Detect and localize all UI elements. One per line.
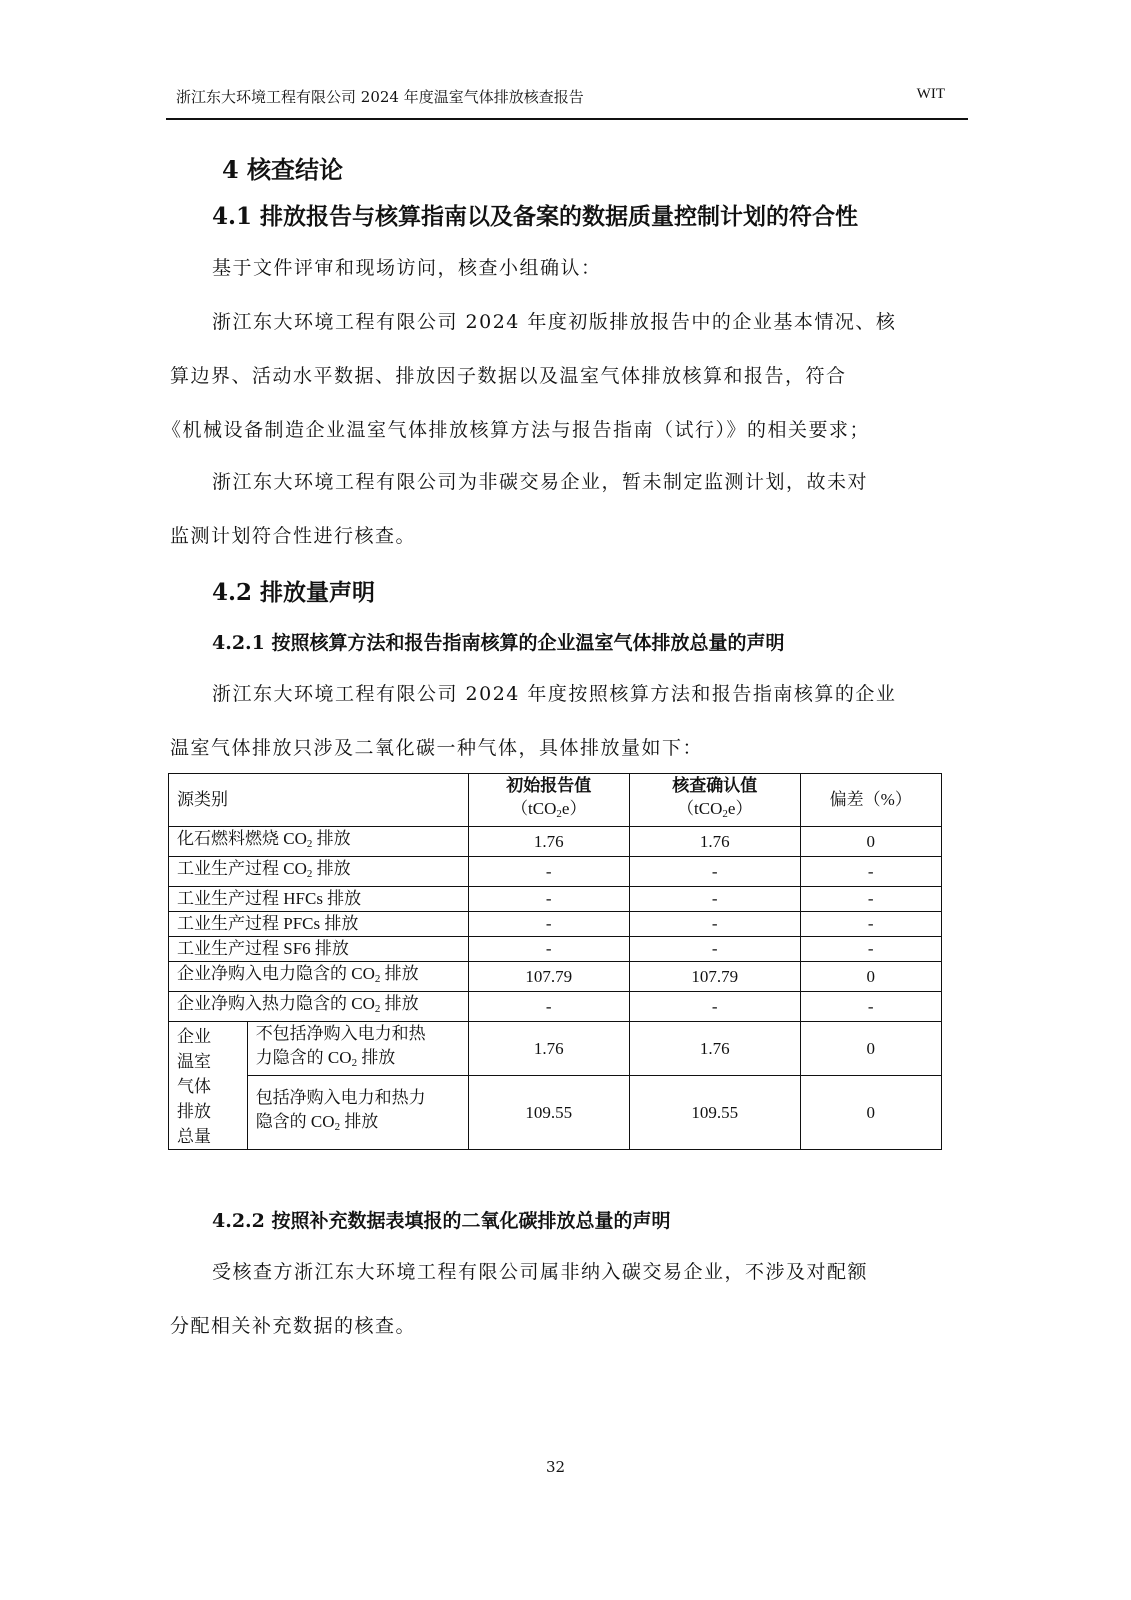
table-row-total-excluding: 企业 温室 气体 排放 总量 不包括净购入电力和热 力隐含的 CO2 排放 1.…: [169, 1022, 942, 1076]
section-4-2-1-heading: 4.2.1 按照核算方法和报告指南核算的企业温室气体排放总量的声明: [212, 628, 785, 655]
paragraph-line: 浙江东大环境工程有限公司为非碳交易企业，暂未制定监测计划，故未对: [212, 471, 868, 493]
row-source: 企业净购入电力隐含的 CO2 排放: [169, 962, 469, 992]
row-initial: -: [468, 857, 630, 887]
row-initial: 1.76: [468, 1022, 630, 1076]
paragraph-4-1-intro: 基于文件评审和现场访问，核查小组确认：: [170, 241, 960, 295]
page-header: 浙江东大环境工程有限公司 2024 年度温室气体排放核查报告 WIT: [170, 86, 970, 110]
row-source: 工业生产过程 SF6 排放: [169, 937, 469, 962]
row-source: 工业生产过程 CO2 排放: [169, 857, 469, 887]
header-verified-label: 核查确认值: [638, 774, 791, 797]
header-verified-unit: （tCO2e）: [638, 797, 791, 826]
paragraph-line: 温室气体排放只涉及二氧化碳一种气体，具体排放量如下：: [170, 737, 703, 759]
header-verified: 核查确认值 （tCO2e）: [630, 774, 800, 827]
table-row: 企业净购入热力隐含的 CO2 排放 - - -: [169, 992, 942, 1022]
paragraph-4-2-2: 受核查方浙江东大环境工程有限公司属非纳入碳交易企业，不涉及对配额 分配相关补充数…: [170, 1245, 960, 1353]
row-deviation: -: [800, 857, 942, 887]
row-verified: 1.76: [630, 1022, 800, 1076]
paragraph-line: 《机械设备制造企业温室气体排放核算方法与报告指南（试行）》的相关要求；: [162, 419, 870, 441]
emissions-table: 源类别 初始报告值 （tCO2e） 核查确认值 （tCO2e） 偏差（%） 化石…: [168, 773, 942, 1150]
row-initial: -: [468, 992, 630, 1022]
row-deviation: -: [800, 992, 942, 1022]
table-row: 化石燃料燃烧 CO2 排放 1.76 1.76 0: [169, 827, 942, 857]
row-deviation: 0: [800, 827, 942, 857]
paragraph-4-2-1: 浙江东大环境工程有限公司 2024 年度按照核算方法和报告指南核算的企业 温室气…: [170, 667, 960, 775]
row-deviation: -: [800, 912, 942, 937]
paragraph-line: 分配相关补充数据的核查。: [170, 1315, 416, 1337]
row-verified: 107.79: [630, 962, 800, 992]
row-verified: -: [630, 857, 800, 887]
paragraph-line: 受核查方浙江东大环境工程有限公司属非纳入碳交易企业，不涉及对配额: [212, 1261, 868, 1283]
row-deviation: 0: [800, 962, 942, 992]
table-row-total-including: 包括净购入电力和热力 隐含的 CO2 排放 109.55 109.55 0: [169, 1076, 942, 1150]
table-row: 工业生产过程 SF6 排放 - - -: [169, 937, 942, 962]
paragraph-line: 算边界、活动水平数据、排放因子数据以及温室气体排放核算和报告，符合: [170, 365, 847, 387]
row-verified: -: [630, 887, 800, 912]
total-including-label: 包括净购入电力和热力 隐含的 CO2 排放: [247, 1076, 468, 1150]
document-page: 浙江东大环境工程有限公司 2024 年度温室气体排放核查报告 WIT 4 核查结…: [0, 0, 1131, 1600]
row-verified: 109.55: [630, 1076, 800, 1150]
row-verified: -: [630, 912, 800, 937]
table-row: 企业净购入电力隐含的 CO2 排放 107.79 107.79 0: [169, 962, 942, 992]
section-4-2-heading: 4.2 排放量声明: [212, 574, 375, 607]
row-deviation: 0: [800, 1076, 942, 1150]
header-initial-unit: （tCO2e）: [477, 797, 622, 826]
row-initial: -: [468, 912, 630, 937]
header-code: WIT: [917, 86, 945, 103]
row-source: 化石燃料燃烧 CO2 排放: [169, 827, 469, 857]
header-deviation: 偏差（%）: [800, 774, 942, 827]
table-row: 工业生产过程 CO2 排放 - - -: [169, 857, 942, 887]
row-deviation: -: [800, 887, 942, 912]
row-initial: 107.79: [468, 962, 630, 992]
table-row: 工业生产过程 HFCs 排放 - - -: [169, 887, 942, 912]
row-verified: -: [630, 937, 800, 962]
row-initial: -: [468, 887, 630, 912]
header-initial-label: 初始报告值: [477, 774, 622, 797]
table-row: 工业生产过程 PFCs 排放 - - -: [169, 912, 942, 937]
row-verified: -: [630, 992, 800, 1022]
paragraph-4-1-monitoring: 浙江东大环境工程有限公司为非碳交易企业，暂未制定监测计划，故未对 监测计划符合性…: [170, 455, 960, 563]
total-excluding-label: 不包括净购入电力和热 力隐含的 CO2 排放: [247, 1022, 468, 1076]
section-4-heading: 4 核查结论: [222, 150, 343, 185]
header-title: 浙江东大环境工程有限公司 2024 年度温室气体排放核查报告: [176, 86, 584, 107]
paragraph-text: 基于文件评审和现场访问，核查小组确认：: [212, 257, 602, 279]
row-deviation: -: [800, 937, 942, 962]
row-source: 企业净购入热力隐含的 CO2 排放: [169, 992, 469, 1022]
page-number: 32: [0, 1458, 1111, 1476]
row-initial: 1.76: [468, 827, 630, 857]
table-header-row: 源类别 初始报告值 （tCO2e） 核查确认值 （tCO2e） 偏差（%）: [169, 774, 942, 827]
row-source: 工业生产过程 PFCs 排放: [169, 912, 469, 937]
row-verified: 1.76: [630, 827, 800, 857]
paragraph-line: 浙江东大环境工程有限公司 2024 年度初版排放报告中的企业基本情况、核: [212, 311, 896, 333]
paragraph-line: 监测计划符合性进行核查。: [170, 525, 416, 547]
row-deviation: 0: [800, 1022, 942, 1076]
section-4-1-heading: 4.1 排放报告与核算指南以及备案的数据质量控制计划的符合性: [212, 198, 858, 231]
paragraph-line: 浙江东大环境工程有限公司 2024 年度按照核算方法和报告指南核算的企业: [212, 683, 896, 705]
row-initial: -: [468, 937, 630, 962]
section-4-2-2-heading: 4.2.2 按照补充数据表填报的二氧化碳排放总量的声明: [212, 1206, 671, 1233]
row-source: 工业生产过程 HFCs 排放: [169, 887, 469, 912]
header-divider: [166, 118, 968, 120]
header-initial: 初始报告值 （tCO2e）: [468, 774, 630, 827]
row-initial: 109.55: [468, 1076, 630, 1150]
total-group-label: 企业 温室 气体 排放 总量: [169, 1022, 248, 1150]
header-source: 源类别: [169, 774, 469, 827]
paragraph-4-1-conformity: 浙江东大环境工程有限公司 2024 年度初版排放报告中的企业基本情况、核 算边界…: [170, 295, 960, 457]
